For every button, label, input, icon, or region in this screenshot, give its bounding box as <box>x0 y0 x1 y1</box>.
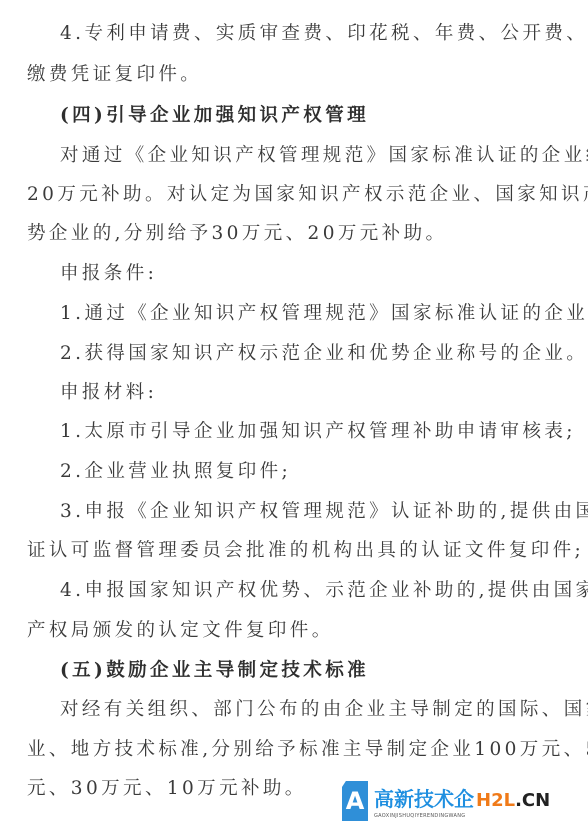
text-line: 势企业的,分别给予30万元、20万元补助。 <box>27 222 447 246</box>
list-item: 2.获得国家知识产权示范企业和优势企业称号的企业。 <box>60 342 588 366</box>
logo-a-icon: A <box>342 781 368 821</box>
watermark-main: 高新技术企 H2L .CN <box>374 783 550 812</box>
watermark-name: 高新技术企 <box>374 783 474 812</box>
text-line: 业、地方技术标准,分别给予标准主导制定企业100万元、50万 <box>27 738 588 762</box>
subheading: 申报材料: <box>60 381 157 405</box>
document-page: 4.专利申请费、实质审查费、印花税、年费、公开费、证书费等 缴费凭证复印件。 (… <box>0 0 588 824</box>
text-line: 20万元补助。对认定为国家知识产权示范企业、国家知识产权优 <box>27 183 588 207</box>
section-heading: (四)引导企业加强知识产权管理 <box>60 104 369 128</box>
list-item: 1.通过《企业知识产权管理规范》国家标准认证的企业; <box>60 302 588 326</box>
text-line: 4.专利申请费、实质审查费、印花税、年费、公开费、证书费等 <box>60 22 588 46</box>
text-line: 证认可监督管理委员会批准的机构出具的认证文件复印件; <box>27 539 584 563</box>
text-line: 产权局颁发的认定文件复印件。 <box>27 619 334 643</box>
list-item: 2.企业营业执照复印件; <box>60 460 291 484</box>
list-item: 1.太原市引导企业加强知识产权管理补助申请审核表; <box>60 420 576 444</box>
list-item: 4.申报国家知识产权优势、示范企业补助的,提供由国家知识 <box>60 579 588 603</box>
list-item: 3.申报《企业知识产权管理规范》认证补助的,提供由国家认 <box>60 500 588 524</box>
watermark-cn: .CN <box>515 790 550 811</box>
section-heading: (五)鼓励企业主导制定技术标准 <box>60 659 369 683</box>
text-line: 对经有关组织、部门公布的由企业主导制定的国际、国家、行 <box>60 698 588 722</box>
subheading: 申报条件: <box>60 262 157 286</box>
text-line: 缴费凭证复印件。 <box>27 63 202 87</box>
watermark-logo: A 高新技术企 H2L .CN GAOXINJISHUQIYERENDINGWA… <box>342 778 588 824</box>
watermark-text: 高新技术企 H2L .CN GAOXINJISHUQIYERENDINGWANG <box>374 783 550 819</box>
text-line: 对通过《企业知识产权管理规范》国家标准认证的企业给予 <box>60 144 588 168</box>
text-line: 元、30万元、10万元补助。 <box>27 777 307 801</box>
watermark-h2l: H2L <box>476 790 515 811</box>
watermark-pinyin: GAOXINJISHUQIYERENDINGWANG <box>374 813 550 819</box>
